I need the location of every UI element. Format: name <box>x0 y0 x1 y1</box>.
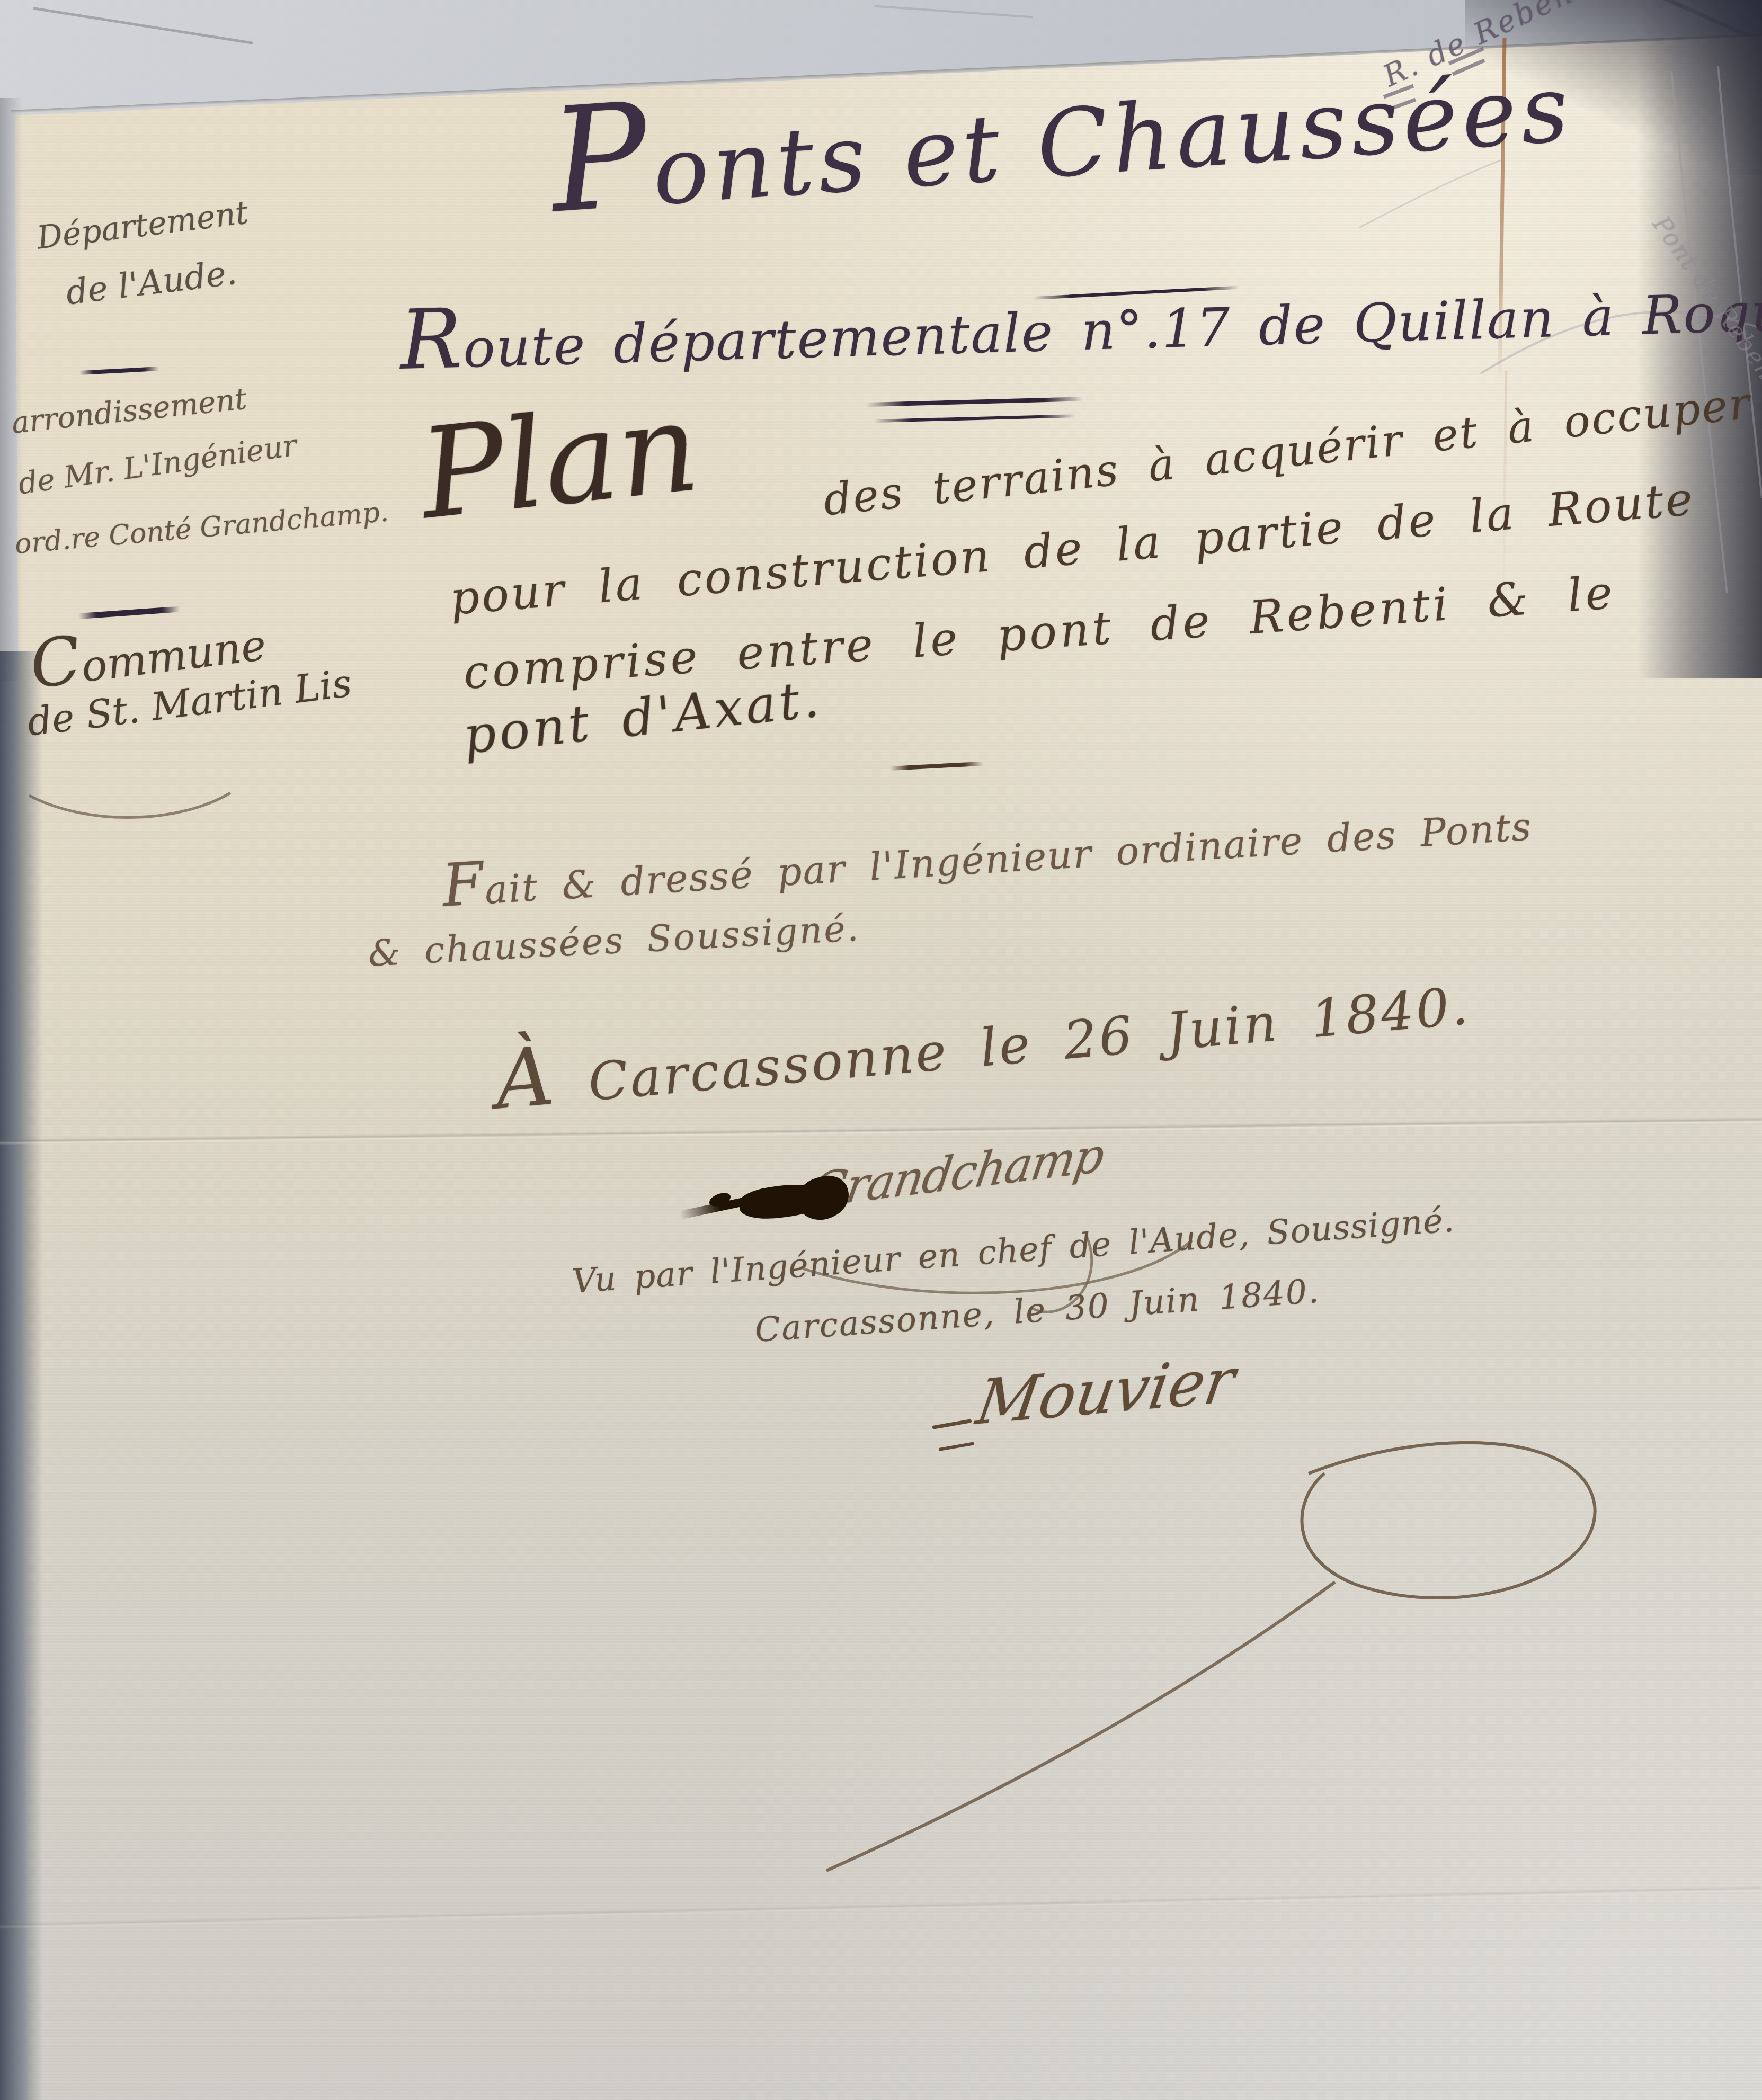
chief-signature-loop <box>1302 1443 1595 1598</box>
handwriting-layer: Ponts et Chaussées Route départementale … <box>0 0 1762 2100</box>
photographed-document-scene: Ponts et Chaussées Route départementale … <box>0 0 1762 2100</box>
plan-word: Plan <box>415 385 704 538</box>
chief-signature-tail <box>826 1582 1335 1871</box>
commune-underline-flourish <box>29 793 230 818</box>
